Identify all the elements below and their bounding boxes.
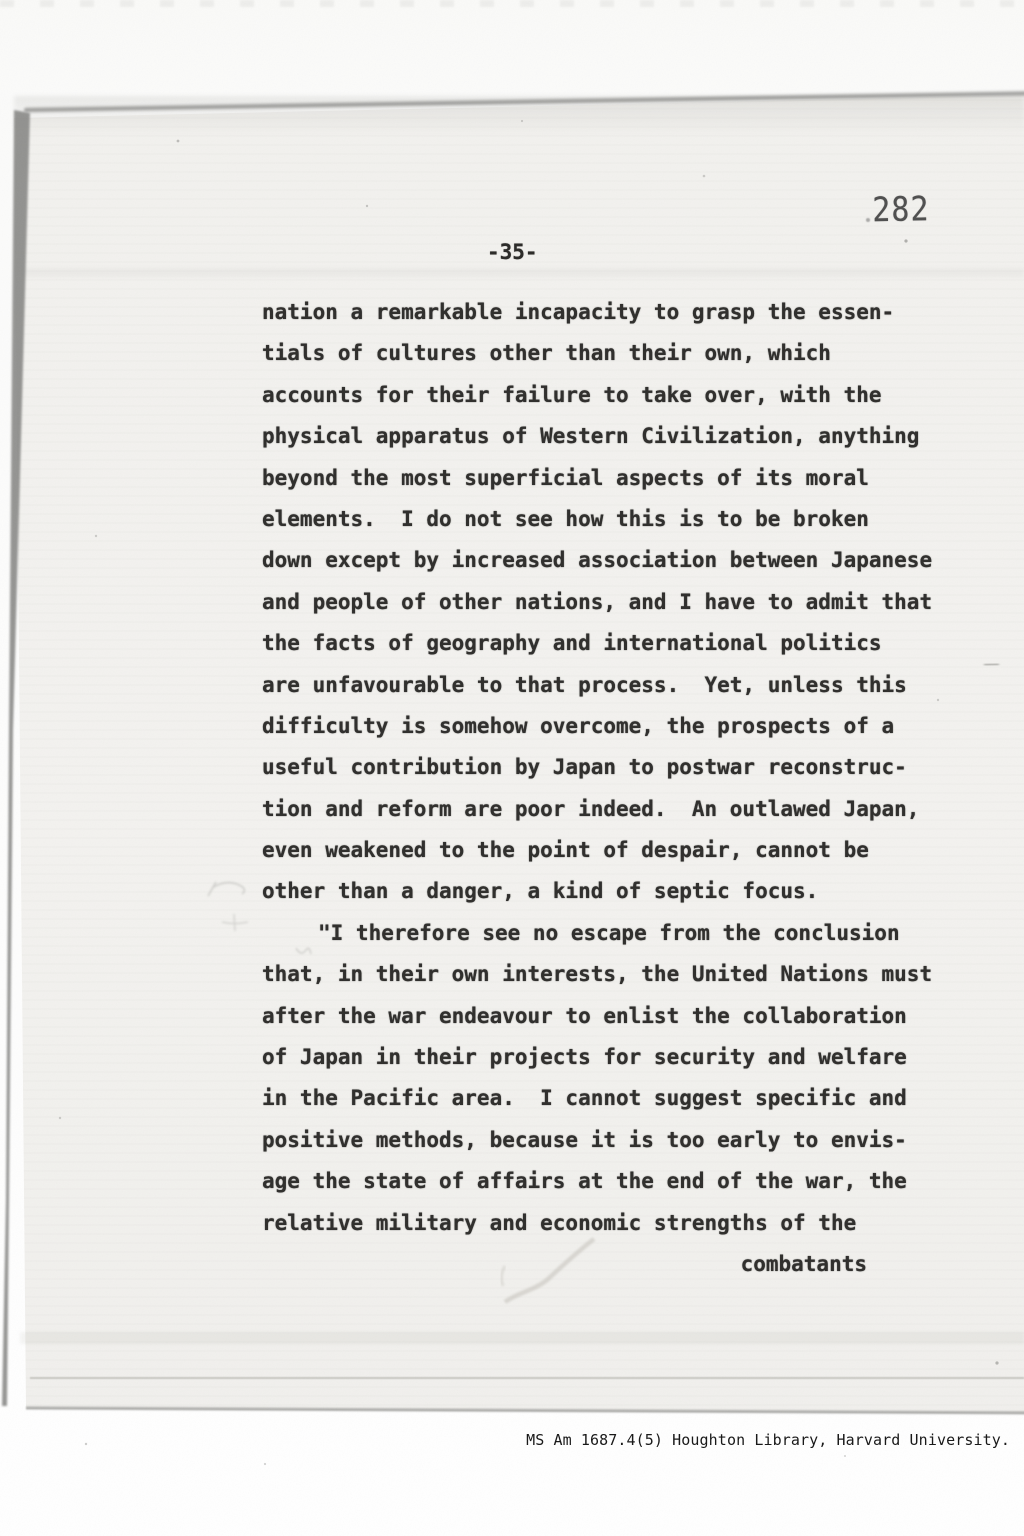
scanned-typescript-page: 282 -35- nation a remarkable incapacity … bbox=[0, 0, 1024, 1536]
typescript-line: down except by increased association bet… bbox=[262, 540, 942, 581]
typescript-line: difficulty is somehow overcome, the pros… bbox=[262, 706, 942, 747]
typescript-line: tials of cultures other than their own, … bbox=[262, 333, 942, 374]
typescript-line: beyond the most superficial aspects of i… bbox=[262, 458, 942, 499]
page-number: -35- bbox=[487, 240, 538, 264]
typescript-line: relative military and economic strengths… bbox=[262, 1203, 942, 1244]
typescript-line: are unfavourable to that process. Yet, u… bbox=[262, 665, 942, 706]
typescript-line: other than a danger, a kind of septic fo… bbox=[262, 871, 942, 912]
typescript-line: the facts of geography and international… bbox=[262, 623, 942, 664]
ink-dot bbox=[866, 218, 870, 222]
folio-number-stamp: 282 bbox=[872, 190, 930, 230]
typescript-line: even weakened to the point of despair, c… bbox=[262, 830, 942, 871]
typescript-line: age the state of affairs at the end of t… bbox=[262, 1161, 942, 1202]
typescript-line: positive methods, because it is too earl… bbox=[262, 1120, 942, 1161]
typescript-line: accounts for their failure to take over,… bbox=[262, 375, 942, 416]
typescript-line: that, in their own interests, the United… bbox=[262, 954, 942, 995]
typescript-line: elements. I do not see how this is to be… bbox=[262, 499, 942, 540]
typescript-line: nation a remarkable incapacity to grasp … bbox=[262, 292, 942, 333]
typescript-line: physical apparatus of Western Civilizati… bbox=[262, 416, 942, 457]
typescript-line: in the Pacific area. I cannot suggest sp… bbox=[262, 1078, 942, 1119]
typescript-line: "I therefore see no escape from the conc… bbox=[262, 913, 942, 954]
scan-top-fleck-band bbox=[0, 0, 1024, 7]
typescript-line: of Japan in their projects for security … bbox=[262, 1037, 942, 1078]
library-caption: MS Am 1687.4(5) Houghton Library, Harvar… bbox=[526, 1431, 1010, 1449]
catchword-line: combatants bbox=[262, 1244, 942, 1285]
typescript-text-block: nation a remarkable incapacity to grasp … bbox=[262, 292, 942, 1285]
typescript-line: after the war endeavour to enlist the co… bbox=[262, 996, 942, 1037]
paper-crease-line bbox=[30, 1377, 1024, 1379]
typescript-line: useful contribution by Japan to postwar … bbox=[262, 747, 942, 788]
typescript-line: tion and reform are poor indeed. An outl… bbox=[262, 789, 942, 830]
typescript-line: and people of other nations, and I have … bbox=[262, 582, 942, 623]
